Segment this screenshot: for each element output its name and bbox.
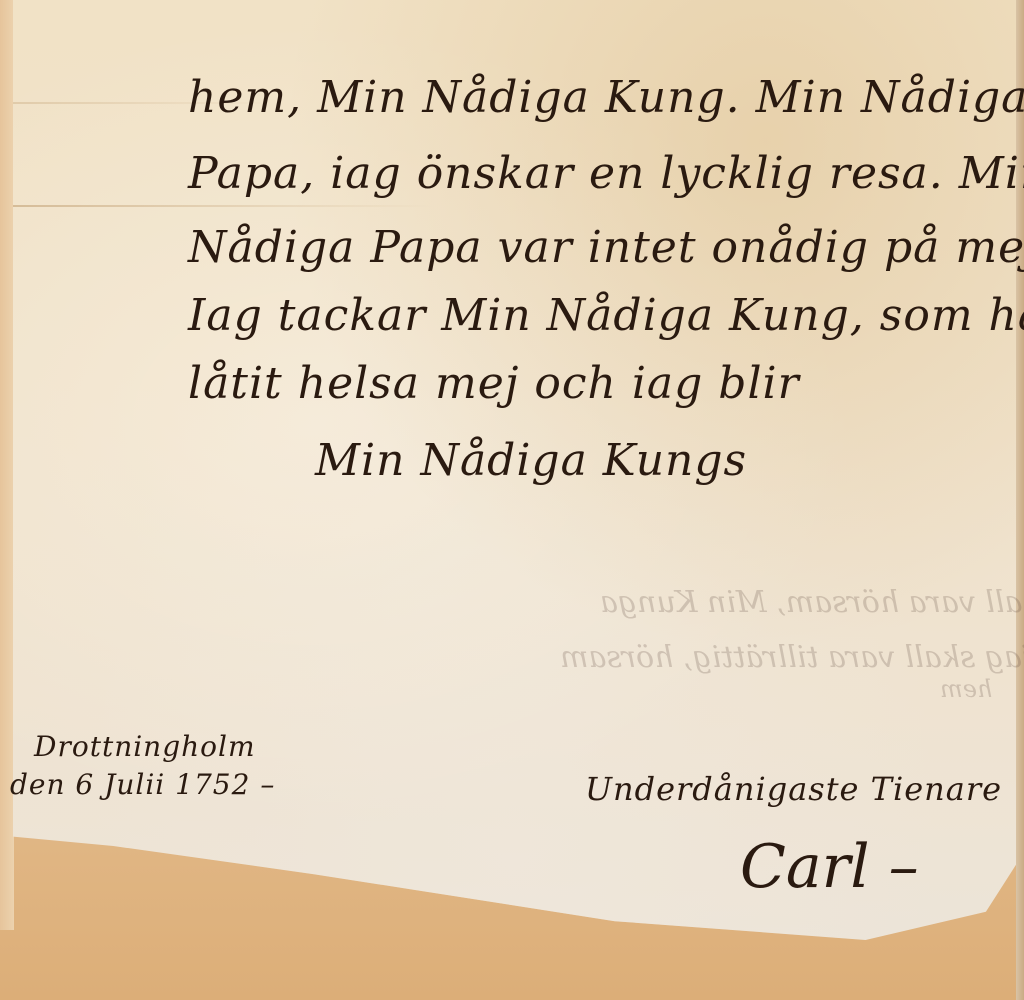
paper-fold xyxy=(13,205,433,207)
body-line-1: hem, Min Nådiga Kung. Min Nådiga xyxy=(188,72,1024,123)
signature-title: Underdånigaste Tienare xyxy=(585,770,1002,808)
body-line-5: låtit helsa mej och iag blir xyxy=(188,358,800,409)
signature-name: Carl – xyxy=(740,832,919,902)
bleed-through-line: hem xyxy=(940,675,992,703)
bleed-through-line: Kung jag skall vara tillrättig, hörsam xyxy=(560,640,1024,675)
body-line-4: Iag tackar Min Nådiga Kung, som har xyxy=(188,290,1024,341)
closing-phrase: Min Nådiga Kungs xyxy=(315,435,747,486)
body-line-2: Papa, iag önskar en lycklig resa. Min xyxy=(188,148,1024,199)
place-name: Drottningholm xyxy=(34,730,256,764)
body-line-3: Nådiga Papa var intet onådig på mej. xyxy=(188,222,1024,273)
date-line: den 6 Julii 1752 – xyxy=(10,768,275,802)
bleed-through-line: Jag skall vara hörsam, Min Kunga xyxy=(600,585,1024,620)
